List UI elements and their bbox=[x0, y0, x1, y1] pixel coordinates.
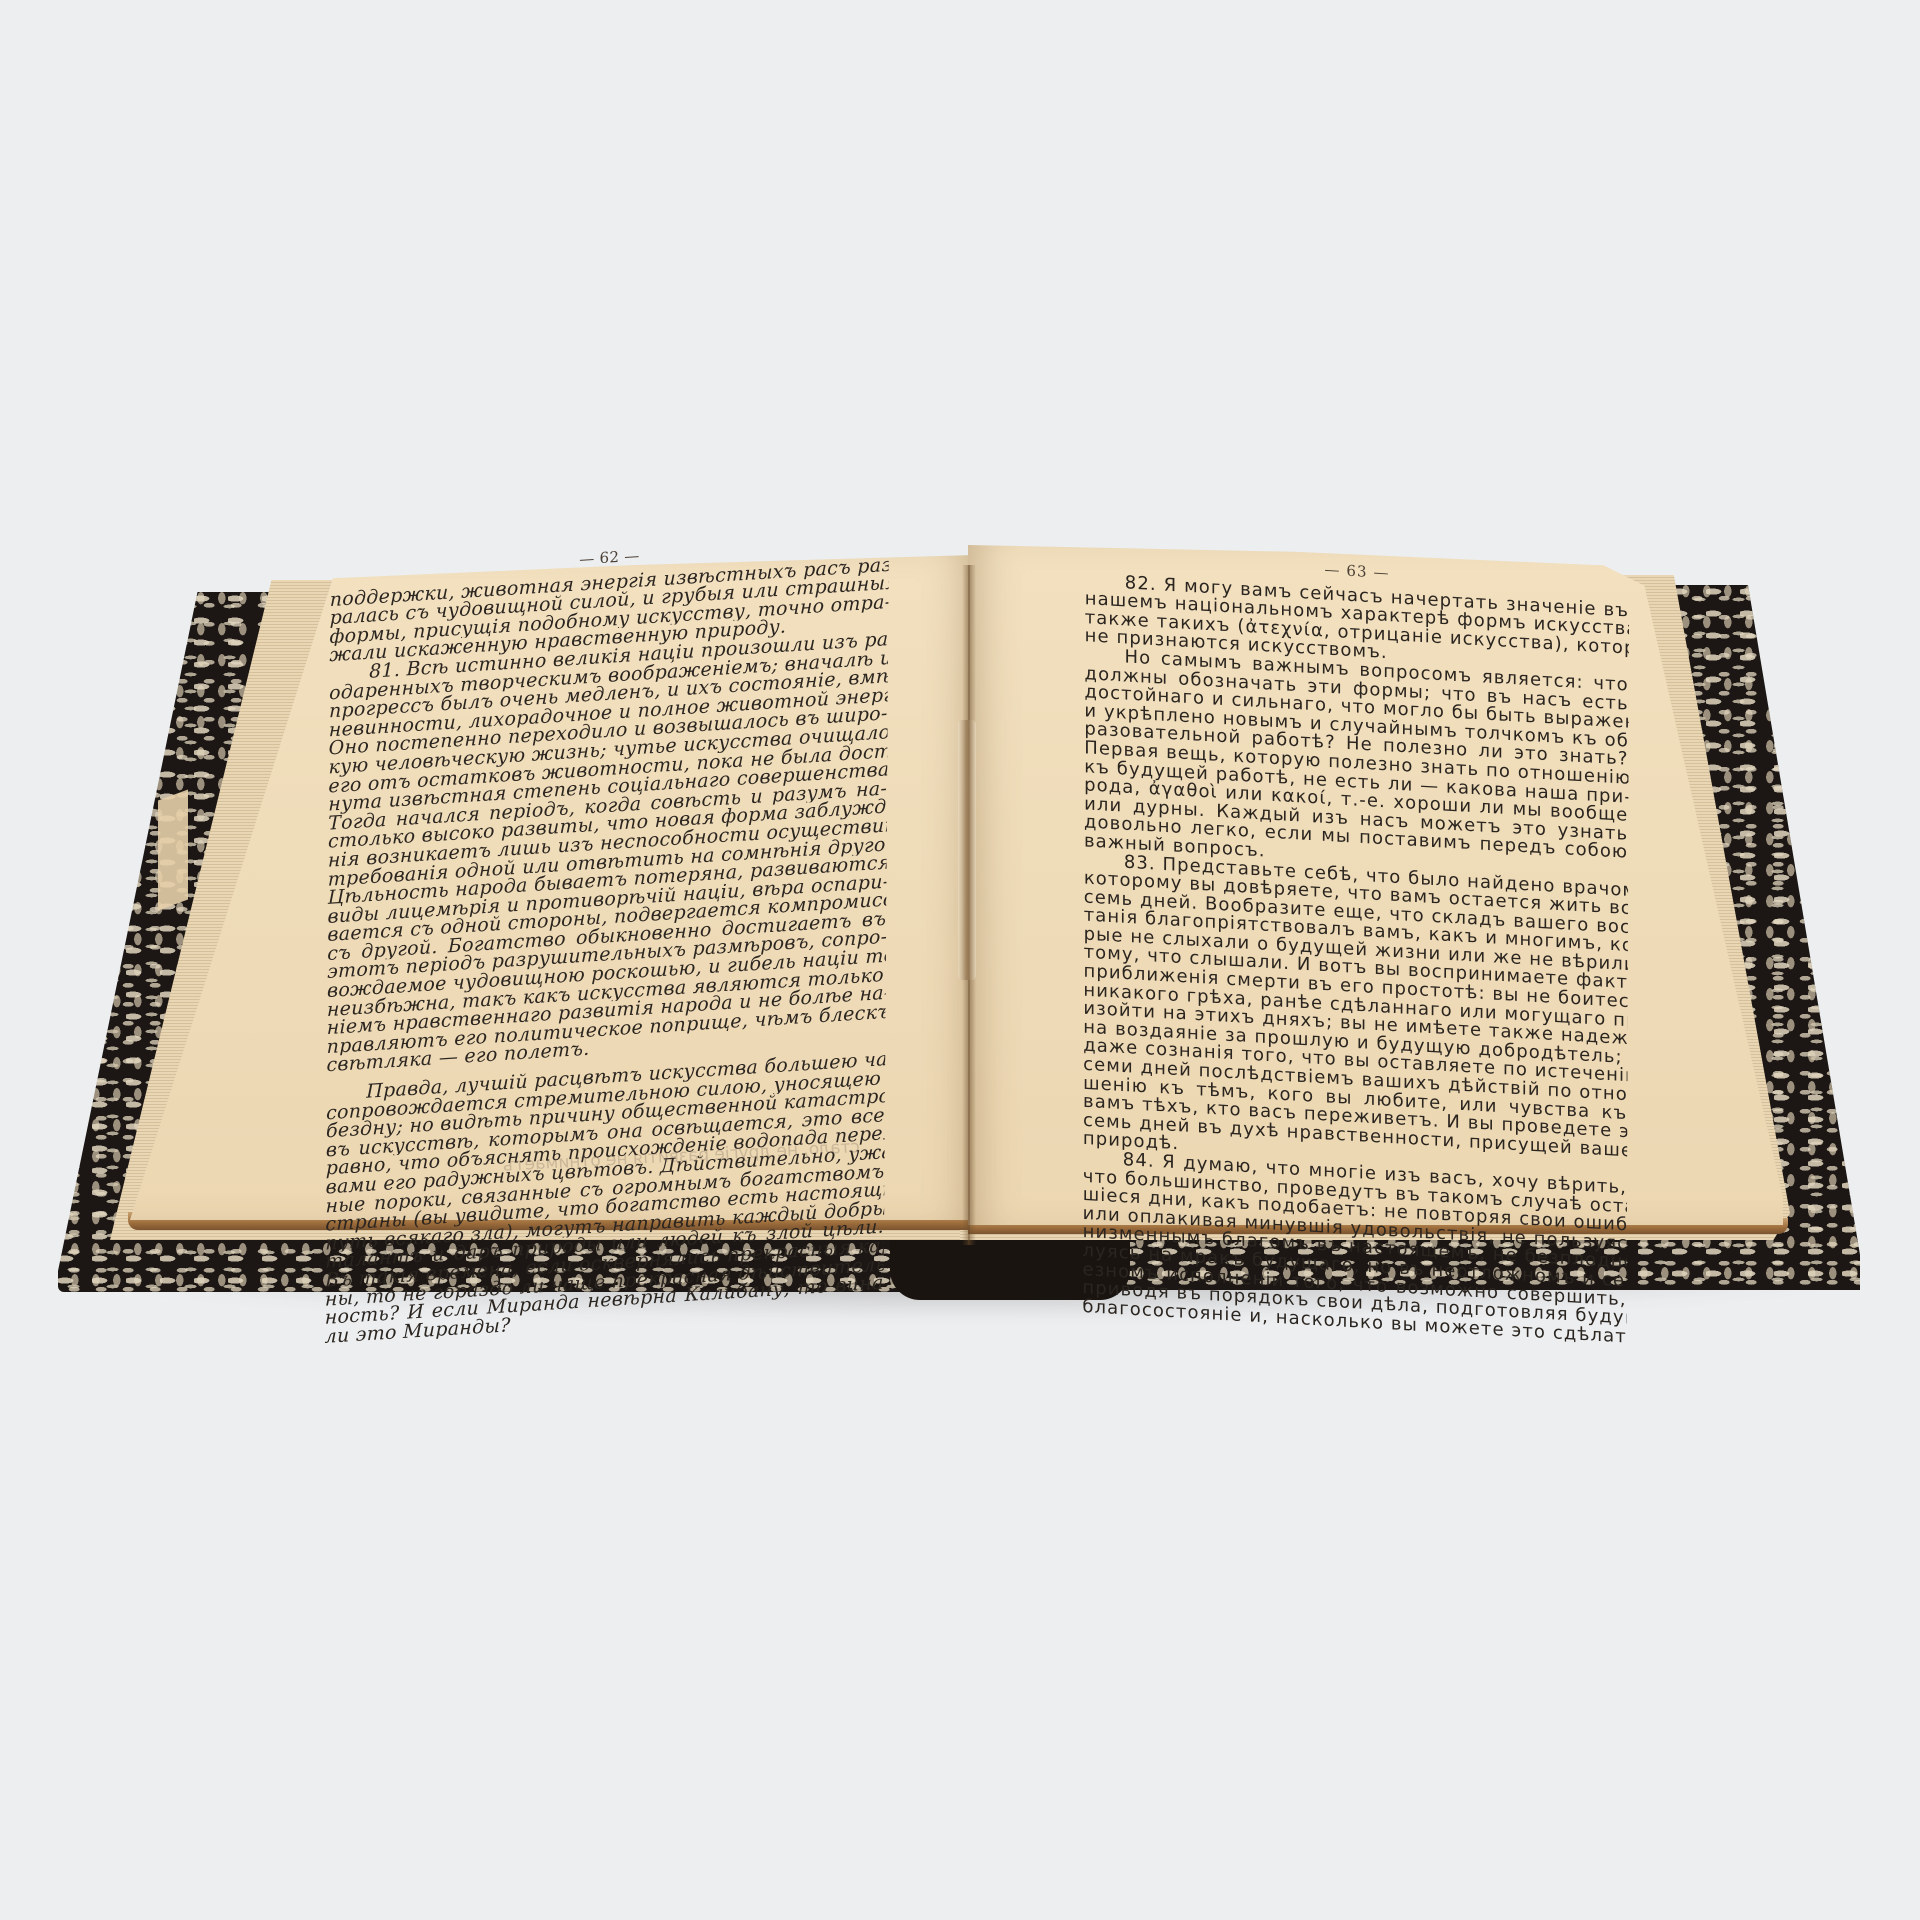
right-page-text: — 63 — 82. Я могу вамъ сейчасъ начертать… bbox=[1082, 547, 1629, 1347]
left-page-text: — 62 — поддержки, животная энергія извѣс… bbox=[325, 531, 889, 1346]
torn-cover-patch bbox=[158, 790, 188, 911]
gutter-tear bbox=[958, 720, 976, 980]
photo-scene: — 62 — поддержки, животная энергія извѣс… bbox=[0, 0, 1920, 1920]
